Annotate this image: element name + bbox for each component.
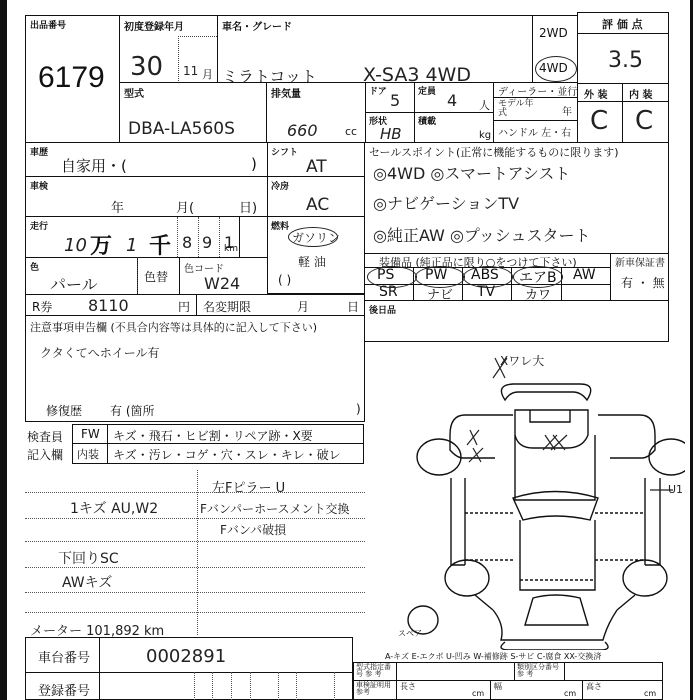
recycle-label: R券 — [32, 298, 52, 315]
width-cm: cm — [564, 689, 576, 698]
person-unit: 人 — [479, 97, 490, 113]
first-reg-year: 30 — [130, 52, 163, 82]
sale-points-label: セールスポイント(正常に機能するものに限ります) — [369, 144, 619, 160]
capacity: 4 — [447, 91, 457, 110]
color-value: パール — [50, 272, 98, 295]
name-change-box: 名変期限 月 日 — [196, 294, 365, 316]
height-label: 高さ — [586, 681, 602, 692]
fw-label: FW — [81, 427, 100, 441]
inspector-note-left-1: 1キズ AU,W2 — [70, 498, 158, 518]
inspection-year: 年 — [111, 197, 124, 216]
exterior-label: 外 装 — [584, 86, 607, 101]
exterior-grade: C — [590, 106, 608, 136]
fw-items: キズ・飛石・ヒビ割・リペア跡・X要 — [113, 427, 313, 444]
registration-label: 登録番号 — [38, 680, 90, 699]
warranty-options: 有 ・ 無 — [621, 274, 665, 291]
mileage-label: 走行 — [30, 219, 48, 232]
fuel-label: 燃料 — [271, 219, 289, 232]
chassis-label: 車台番号 — [38, 647, 90, 666]
capacity-box: 定員 4 人 — [414, 82, 494, 113]
history-close: ) — [251, 155, 257, 173]
equip-abs-circle — [463, 266, 513, 288]
nc-day: 日 — [347, 298, 359, 315]
drive-4wd: 4WD — [539, 61, 568, 75]
color-change-label: 色替 — [144, 268, 168, 285]
warranty-label: 新車保証書 — [615, 254, 665, 269]
car-diagram — [395, 340, 685, 650]
cc-unit: cc — [345, 125, 357, 138]
length-label: 長さ — [400, 681, 416, 692]
cert-label: 車検証明用 参考 — [356, 682, 396, 696]
score-box: 評 価 点 3.5 — [577, 12, 669, 84]
nc-month: 月 — [297, 298, 309, 315]
car-name-box: 車名・グレード ミラトコット X-SA3 4WD — [217, 15, 533, 83]
fuel-diesel: 軽 油 — [298, 253, 326, 270]
color-code-box: 色コード W24 — [179, 257, 268, 295]
displacement-label: 排気量 — [271, 85, 301, 100]
width-label: 幅 — [494, 681, 502, 692]
model-label: 型式 — [124, 85, 144, 100]
model-year-label: モデル年式 — [498, 100, 534, 118]
inspection-day: 日) — [239, 197, 257, 216]
year-unit: 年 — [562, 103, 572, 118]
mark-right-door: U1 — [668, 483, 683, 496]
repair-close: ) — [356, 402, 361, 416]
inspector-label-2: 記入欄 — [27, 446, 63, 463]
name-change-label: 名変期限 — [203, 298, 251, 315]
interior-label: 内 装 — [629, 86, 652, 101]
color-code: W24 — [204, 274, 240, 293]
load-box: 積載 kg — [414, 112, 494, 143]
equip-pw-circle — [415, 266, 465, 288]
exterior-box: 外 装 C — [577, 83, 623, 143]
spec-box: 型式指定番号 参 考 類別区分番号 参 考 車検証明用 参考 長さ cm 幅 c… — [353, 662, 663, 700]
mileage-man: 10 — [64, 235, 87, 256]
shift: AT — [306, 157, 327, 177]
history-box: 車歴 自家用・( ) — [25, 142, 268, 177]
after-parts-box: 後日品 — [364, 300, 669, 342]
km-unit: km — [224, 244, 238, 254]
kg-unit: kg — [479, 130, 491, 141]
shape-box: 形状 HB — [365, 112, 415, 143]
recycle-amount: 8110 — [88, 296, 129, 315]
equip-airbag-circle — [513, 266, 563, 288]
mileage-sen: 1 — [126, 235, 137, 256]
recycle-box: R券 8110 円 — [25, 294, 197, 316]
first-reg-label: 初度登録年月 — [124, 18, 184, 33]
length-cm: cm — [472, 689, 484, 698]
model-code: DBA-LA560S — [128, 119, 235, 139]
inspector-box: FW キズ・飛石・ヒビ割・リペア跡・X要 内装 キズ・汚レ・コゲ・穴・スレ・キレ… — [72, 424, 364, 464]
equip-aw: AW — [573, 267, 596, 283]
mileage-digit-1: 8 — [182, 233, 192, 252]
equip-ps-circle — [367, 266, 417, 288]
lot-label: 出品番号 — [30, 18, 66, 31]
history-label: 車歴 — [30, 145, 48, 158]
inspector-note-left-3: 下回りSC — [58, 548, 119, 568]
dealer-label: ディーラー・並行 — [498, 83, 577, 98]
color-change-box: 色替 — [137, 257, 180, 295]
model-year-box: モデル年式 年 — [493, 97, 578, 121]
inspection-label: 車検 — [30, 179, 48, 192]
lot-number: 6179 — [38, 61, 105, 95]
type-approval-label: 型式指定番号 参 考 — [356, 664, 396, 678]
drive-box: 2WD 4WD — [532, 15, 578, 83]
displacement: 660 — [287, 121, 318, 140]
yen-unit: 円 — [178, 298, 190, 315]
man-unit: 万 — [90, 229, 112, 260]
model-box: 型式 DBA-LA560S — [119, 82, 267, 143]
notes-label: 注意事項申告欄 (不具合内容等は具体的に記入して下さい) — [30, 319, 317, 335]
fuel-circle — [288, 227, 338, 247]
spare-label: スペア — [398, 628, 422, 639]
damage-legend: A-キズ E-エクボ U-凹み W-補修跡 S-サビ C-腐食 XX-交換済 — [385, 651, 601, 662]
dealer-box: ディーラー・並行 — [493, 82, 578, 98]
inspector-note-left-4: AWキズ — [62, 572, 112, 592]
load-label: 積載 — [418, 114, 436, 127]
drive-2wd: 2WD — [539, 26, 568, 40]
interior-box: 内 装 C — [622, 83, 669, 143]
interior-inspect-label: 内装 — [77, 446, 99, 462]
notes-handwritten: クタくてへホイール有 — [40, 344, 160, 361]
category-label: 類別区分番号 参 考 — [517, 664, 563, 678]
sale-point-line-1: ◎4WD ◎スマートアシスト — [373, 161, 570, 184]
sale-point-line-2: ◎ナビゲーションTV — [373, 191, 519, 214]
shift-box: シフト AT — [267, 142, 365, 177]
color-code-label: 色コード — [184, 260, 224, 275]
ac-label: 冷房 — [271, 179, 289, 192]
repair-label: 修復歴 — [46, 402, 82, 419]
inspector-note-right-3: Fバンパ破損 — [220, 521, 286, 538]
fuel-box: 燃料 ガソリン 軽 油 ( ) — [267, 216, 365, 294]
inspector-note-right-2: Fバンパーホースメント交換 — [200, 500, 349, 517]
doors-label: ドア — [369, 84, 387, 97]
notes-divider — [197, 470, 198, 635]
doors-box: ドア 5 — [365, 82, 415, 113]
inspector-note-right-1: 左Fピラー U — [212, 477, 285, 496]
scan-edge-right — [690, 0, 693, 700]
inspector-label-1: 検査員 — [27, 428, 63, 445]
chassis-box: 車台番号 0002891 登録番号 — [25, 637, 353, 700]
sen-unit: 千 — [149, 229, 171, 260]
sale-point-line-3: ◎純正AW ◎プッシュスタート — [373, 223, 590, 246]
sale-points-box: セールスポイント(正常に機能するものに限ります) ◎4WD ◎スマートアシスト … — [364, 142, 669, 254]
inspection-box: 車検 年 月( 日) — [25, 176, 268, 217]
lot-number-box: 出品番号 6179 — [25, 15, 120, 143]
after-parts-label: 後日品 — [369, 303, 396, 316]
mileage-box: 走行 10 万 1 千 8 9 1 km — [25, 216, 268, 258]
handle-box: ハンドル 左・右 — [493, 120, 578, 143]
mark-front-bumper: Xワレ大 — [500, 352, 544, 369]
notes-box: 注意事項申告欄 (不具合内容等は具体的に記入して下さい) クタくてへホイール有 … — [25, 315, 365, 422]
equipment-box: 装備品 (純正品に限り○をつけて下さい) PS PW ABS エアB AW SR… — [364, 253, 669, 301]
repair-value: 有 (箇所 — [110, 402, 155, 419]
scan-edge-left — [0, 0, 7, 700]
handle-label: ハンドル 左・右 — [498, 124, 571, 139]
shape: HB — [380, 125, 402, 143]
color-box: 色 パール — [25, 257, 138, 295]
mileage-digit-2: 9 — [202, 233, 212, 252]
ac: AC — [306, 195, 329, 215]
score: 3.5 — [608, 48, 643, 73]
interior-grade: C — [635, 106, 653, 136]
chassis-number: 0002891 — [146, 646, 226, 667]
color-label: 色 — [30, 260, 39, 273]
first-reg-box: 初度登録年月 30 11 月 — [119, 15, 218, 83]
fuel-paren: ( ) — [278, 273, 291, 287]
car-name-label: 車名・グレード — [222, 18, 292, 33]
ac-box: 冷房 AC — [267, 176, 365, 217]
doors: 5 — [390, 91, 400, 110]
score-label: 評 価 点 — [602, 16, 643, 32]
inspection-month: 月( — [176, 197, 194, 216]
height-cm: cm — [644, 689, 656, 698]
month-suffix: 月 — [202, 66, 213, 82]
shift-label: シフト — [271, 145, 298, 158]
displacement-box: 排気量 660 cc — [266, 82, 366, 143]
interior-items: キズ・汚レ・コゲ・穴・スレ・キレ・破レ — [113, 446, 341, 463]
first-reg-month: 11 — [183, 64, 198, 78]
history-value: 自家用・( — [61, 155, 127, 176]
capacity-label: 定員 — [418, 84, 436, 97]
